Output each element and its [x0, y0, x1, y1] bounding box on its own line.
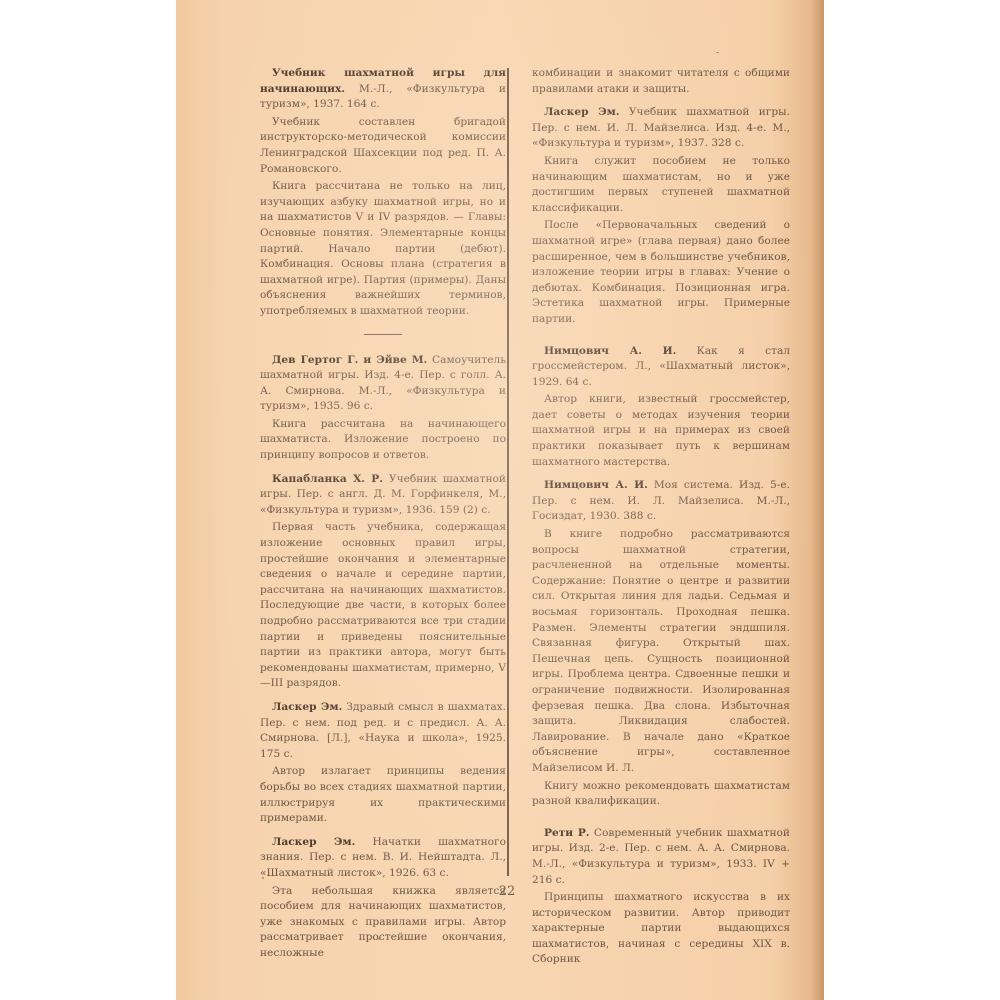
right-column: комбинации и знакомит читателя с общими … — [532, 66, 790, 976]
entry-author: Нимцович А. И. — [544, 479, 648, 491]
entry-annotation: Эта небольшая книжка является пособием д… — [260, 884, 506, 962]
entry-annotation: Книгу можно рекомендовать шахматистам ра… — [532, 779, 790, 810]
continued-annotation: комбинации и знакомит читателя с общими … — [532, 66, 790, 97]
bibliography-entry: Ласкер Эм. Учебник шахматной игры. Пер. … — [532, 105, 790, 327]
print-speck — [378, 938, 380, 940]
bibliography-entry: Капабланка Х. Р. Учебник шахматной игры.… — [260, 472, 506, 692]
bibliography-entry: Ласкер Эм. Начатки шахматного знания. Пе… — [260, 835, 506, 962]
entry-annotation: Принципы шахматного искусства в их истор… — [532, 890, 790, 968]
entry-annotation: Книга рассчитана не только на лиц, изуча… — [260, 179, 506, 319]
entry-separator-rule — [364, 334, 402, 335]
left-column: Учебник шахматной игры для начинающих. М… — [260, 66, 506, 969]
bibliography-entry: Рети Р. Современный учебник шахматной иг… — [532, 826, 790, 968]
print-speck — [716, 52, 719, 53]
entry-heading: Нимцович А. И. Как я стал гроссмейстером… — [532, 344, 790, 391]
entry-annotation: После «Первоначальных сведений о шахматн… — [532, 218, 790, 327]
entry-heading: Ласкер Эм. Учебник шахматной игры. Пер. … — [532, 105, 790, 152]
entry-heading: Рети Р. Современный учебник шахматной иг… — [532, 826, 790, 888]
entry-heading: Нимцович А. И. Моя система. Изд. 5-е. Пе… — [532, 478, 790, 525]
bibliography-entry: Нимцович А. И. Моя система. Изд. 5-е. Пе… — [532, 478, 790, 809]
entry-annotation: Автор книги, известный гроссмейстер, дае… — [532, 392, 790, 470]
entry-annotation: Первая часть учебника, содержащая изложе… — [260, 520, 506, 692]
entry-author: Нимцович А. И. — [544, 345, 676, 357]
entry-author: Рети Р. — [544, 827, 590, 839]
print-speck — [538, 914, 540, 916]
entry-heading: Капабланка Х. Р. Учебник шахматной игры.… — [260, 472, 506, 519]
bibliography-entry: Нимцович А. И. Как я стал гроссмейстером… — [532, 344, 790, 471]
entry-author: Ласкер Эм. — [272, 701, 342, 713]
entry-heading: Учебник шахматной игры для начинающих. М… — [260, 66, 506, 113]
entry-annotation: Учебник составлен бригадой инструкторско… — [260, 115, 506, 177]
print-speck — [262, 877, 264, 879]
bibliography-entry: Учебник шахматной игры для начинающих. М… — [260, 66, 506, 320]
column-divider — [507, 68, 509, 876]
entry-annotation: Автор излагает принципы ведения борьбы в… — [260, 764, 506, 826]
entry-annotation: Книга рассчитана на начинающего шахматис… — [260, 417, 506, 464]
entry-heading: Ласкер Эм. Здравый смысл в шахматах. Пер… — [260, 700, 506, 762]
entry-author: Ласкер Эм. — [544, 106, 620, 118]
entry-annotation: В книге подробно рассматриваются вопросы… — [532, 527, 790, 777]
entry-continuation: комбинации и знакомит читателя с общими … — [532, 66, 790, 97]
bibliography-entry: Дев Гертог Г. и Эйве М. Самоучитель шахм… — [260, 353, 506, 464]
entry-author: Капабланка Х. Р. — [272, 473, 383, 485]
entry-heading: Дев Гертог Г. и Эйве М. Самоучитель шахм… — [260, 353, 506, 415]
bibliography-entry: Ласкер Эм. Здравый смысл в шахматах. Пер… — [260, 700, 506, 827]
page-number: 22 — [492, 884, 522, 899]
book-page: Учебник шахматной игры для начинающих. М… — [176, 0, 824, 1000]
entry-heading: Ласкер Эм. Начатки шахматного знания. Пе… — [260, 835, 506, 882]
entry-author: Ласкер Эм. — [272, 836, 355, 848]
entry-annotation: Книга служит пособием не только начинающ… — [532, 154, 790, 216]
entry-author: Дев Гертог Г. и Эйве М. — [272, 354, 427, 366]
